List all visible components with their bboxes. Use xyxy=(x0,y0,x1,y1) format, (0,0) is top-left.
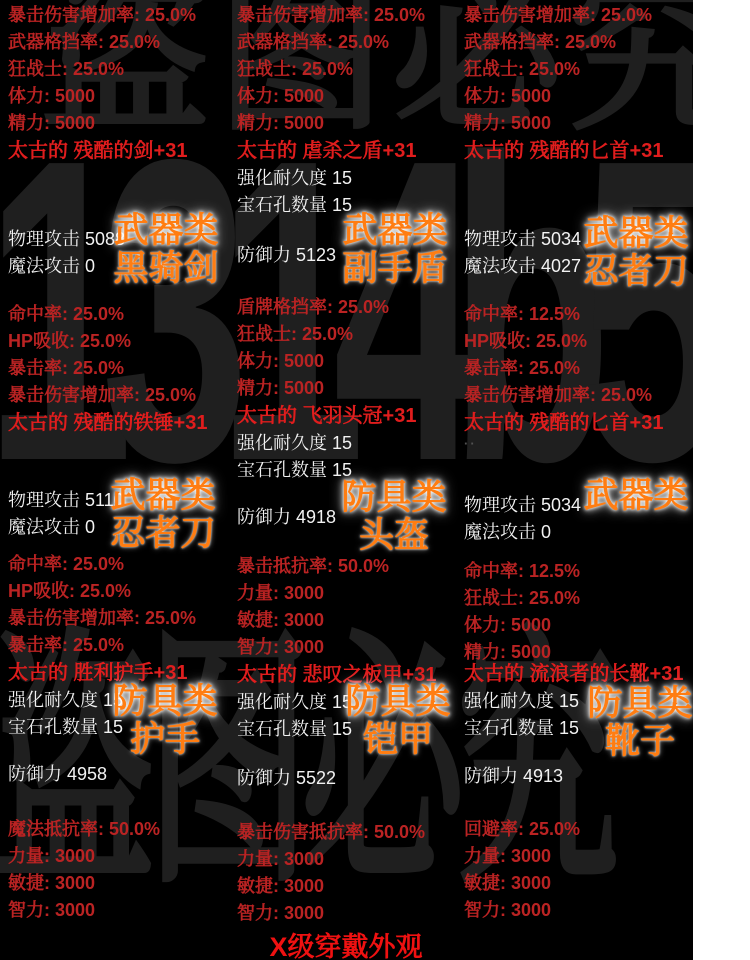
stat-line: 精力: 5000 xyxy=(237,375,436,402)
item-name-line: 太古的 残酷的匕首+31 xyxy=(464,409,683,437)
equip-slot-text: 副手盾 xyxy=(342,250,447,288)
stat-line: 精力: 5000 xyxy=(464,110,683,137)
stat-line: 武器格挡率: 25.0% xyxy=(8,29,207,56)
category-label: 武器类副手盾 xyxy=(342,212,447,288)
stat-line: 命中率: 25.0% xyxy=(8,301,207,328)
category-label: 武器类黑骑剑 xyxy=(113,212,218,288)
item-detail-line: 魔法攻击 0 xyxy=(464,519,683,546)
stat-line: 体力: 5000 xyxy=(237,83,436,110)
stat-line: 狂战士: 25.0% xyxy=(237,321,436,348)
stat-line: 武器格挡率: 25.0% xyxy=(237,29,436,56)
item-detail-line: 防御力 5522 xyxy=(237,765,436,792)
equip-slot-text: 护手 xyxy=(112,721,217,759)
category-label: 武器类忍者刀 xyxy=(583,215,688,291)
stat-line: 暴击伤害增加率: 25.0% xyxy=(464,382,683,409)
stat-line: 狂战士: 25.0% xyxy=(464,56,683,83)
stat-line: 敏捷: 3000 xyxy=(464,870,683,897)
stat-line: 暴击伤害增加率: 25.0% xyxy=(8,382,207,409)
stat-line: 智力: 3000 xyxy=(464,897,683,924)
item-detail-line: 强化耐久度 15 xyxy=(237,430,436,457)
equip-slot-text: 头盔 xyxy=(341,517,446,555)
stat-line: 暴击率: 25.0% xyxy=(8,355,207,382)
footer-title: X级穿戴外观 xyxy=(269,925,422,960)
category-label: 防具类铠甲 xyxy=(345,683,450,759)
stat-line: 回避率: 25.0% xyxy=(464,816,683,843)
category-type-text: 防具类 xyxy=(345,683,450,721)
equip-slot-text: 忍者刀 xyxy=(583,253,688,291)
category-type-text: 武器类 xyxy=(583,477,688,515)
stat-line: 体力: 5000 xyxy=(464,83,683,110)
stat-line: 体力: 5000 xyxy=(464,612,683,639)
stat-line: 精力: 5000 xyxy=(237,110,436,137)
item-stats-column: 暴击伤害增加率: 25.0%武器格挡率: 25.0%狂战士: 25.0%体力: … xyxy=(8,2,207,924)
category-type-text: 防具类 xyxy=(341,479,446,517)
equip-slot-text: 黑骑剑 xyxy=(113,250,218,288)
stat-line: 敏捷: 3000 xyxy=(8,870,207,897)
stat-line: 力量: 3000 xyxy=(8,843,207,870)
stat-line: 敏捷: 3000 xyxy=(237,607,436,634)
stat-line: 力量: 3000 xyxy=(237,846,436,873)
stat-line: 体力: 5000 xyxy=(237,348,436,375)
stat-line: 暴击伤害增加率: 25.0% xyxy=(8,2,207,29)
equip-slot-text: 靴子 xyxy=(587,723,692,761)
category-label: 防具类护手 xyxy=(112,683,217,759)
stat-line: 狂战士: 25.0% xyxy=(464,585,683,612)
item-detail-line: 防御力 4958 xyxy=(8,761,207,788)
equip-slot-text: 忍者刀 xyxy=(110,515,215,553)
stat-line: 命中率: 25.0% xyxy=(8,551,207,578)
category-label: 武器类忍者刀 xyxy=(110,477,215,553)
stat-line: 精力: 5000 xyxy=(8,110,207,137)
stat-line: 暴击伤害增加率: 25.0% xyxy=(8,605,207,632)
category-type-text: 武器类 xyxy=(113,212,218,250)
item-name-line: 太古的 飞羽头冠+31 xyxy=(237,402,436,430)
stat-line: 命中率: 12.5% xyxy=(464,301,683,328)
category-type-text: 防具类 xyxy=(112,683,217,721)
category-label: 防具类头盔 xyxy=(341,479,446,555)
stat-line: 力量: 3000 xyxy=(237,580,436,607)
faint-mark: ·· xyxy=(464,437,683,451)
stat-line: HP吸收: 25.0% xyxy=(8,328,207,355)
stat-line: 暴击抵抗率: 50.0% xyxy=(237,553,436,580)
stat-line: 暴击伤害增加率: 25.0% xyxy=(237,2,436,29)
stat-line: 盾牌格挡率: 25.0% xyxy=(237,294,436,321)
item-detail-line: 防御力 4913 xyxy=(464,763,683,790)
item-name-line: 太古的 残酷的匕首+31 xyxy=(464,137,683,165)
item-stats-column: 暴击伤害增加率: 25.0%武器格挡率: 25.0%狂战士: 25.0%体力: … xyxy=(464,2,683,924)
stat-line: 命中率: 12.5% xyxy=(464,558,683,585)
item-detail-line: 强化耐久度 15 xyxy=(237,165,436,192)
category-label: 武器类 xyxy=(583,477,688,515)
right-margin-strip xyxy=(693,0,750,960)
stat-line: 智力: 3000 xyxy=(8,897,207,924)
item-name-line: 太古的 残酷的剑+31 xyxy=(8,137,207,165)
category-label: 防具类靴子 xyxy=(587,685,692,761)
item-name-line: 太古的 虐杀之盾+31 xyxy=(237,137,436,165)
stat-line: 魔法抵抗率: 50.0% xyxy=(8,816,207,843)
stat-line: 暴击率: 25.0% xyxy=(8,632,207,659)
item-stats-column: 暴击伤害增加率: 25.0%武器格挡率: 25.0%狂战士: 25.0%体力: … xyxy=(237,2,436,927)
stat-line: 体力: 5000 xyxy=(8,83,207,110)
category-type-text: 武器类 xyxy=(342,212,447,250)
equip-slot-text: 铠甲 xyxy=(345,721,450,759)
stat-line: 智力: 3000 xyxy=(237,900,436,927)
stat-line: 狂战士: 25.0% xyxy=(237,56,436,83)
stat-line: 暴击率: 25.0% xyxy=(464,355,683,382)
stat-line: 力量: 3000 xyxy=(464,843,683,870)
item-name-line: 太古的 残酷的铁锤+31 xyxy=(8,409,207,437)
stat-line: 暴击伤害增加率: 25.0% xyxy=(464,2,683,29)
category-type-text: 防具类 xyxy=(587,685,692,723)
stat-line: HP吸收: 25.0% xyxy=(464,328,683,355)
screenshot-root: 盗图必究 1314b51 盗图必究 暴击伤害增加率: 25.0%武器格挡率: 2… xyxy=(0,0,750,960)
category-type-text: 武器类 xyxy=(583,215,688,253)
stat-line: 智力: 3000 xyxy=(237,634,436,661)
stat-line: HP吸收: 25.0% xyxy=(8,578,207,605)
stat-line: 暴击伤害抵抗率: 50.0% xyxy=(237,819,436,846)
stat-line: 敏捷: 3000 xyxy=(237,873,436,900)
category-type-text: 武器类 xyxy=(110,477,215,515)
stat-line: 武器格挡率: 25.0% xyxy=(464,29,683,56)
stat-line: 狂战士: 25.0% xyxy=(8,56,207,83)
